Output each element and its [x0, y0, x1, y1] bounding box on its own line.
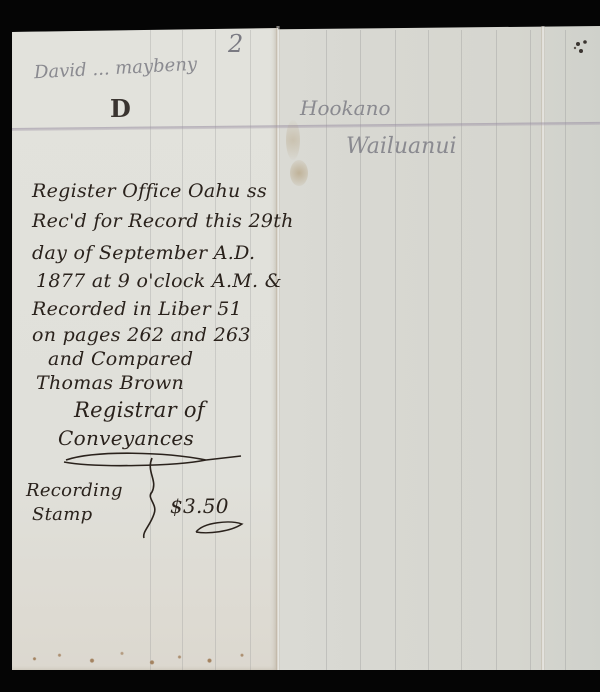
endorsement-line: Recorded in Liber 51 [32, 298, 242, 320]
signature-registrar: Thomas Brown [36, 372, 184, 394]
endorsement-line: on pages 262 and 263 [32, 324, 251, 346]
ruled-line [530, 30, 531, 670]
page-number: 2 [228, 30, 243, 58]
endorsement-line: day of September A.D. [32, 242, 255, 264]
fee-label-line1: Recording [26, 480, 123, 501]
water-stain [290, 160, 308, 186]
endorsement-line: and Compared [48, 348, 193, 370]
water-stain [286, 120, 300, 160]
brace-flourish [138, 454, 168, 544]
foxing-spots [22, 648, 272, 666]
ruled-line [496, 30, 497, 670]
registrar-title: Registrar of [74, 398, 205, 422]
party-name-1: Hookano [300, 96, 391, 120]
fee-label-line2: Stamp [32, 504, 92, 525]
fold-crease [276, 26, 280, 670]
endorsement-line: Rec'd for Record this 29th [32, 210, 294, 232]
endorsement-line: Register Office Oahu ss [32, 180, 267, 202]
party-name-2: Wailuanui [346, 134, 457, 159]
registrar-office: Conveyances [58, 426, 194, 450]
ruled-line [565, 30, 566, 670]
docket-letter: D [110, 94, 131, 123]
endorsement-line: 1877 at 9 o'clock A.M. & [36, 270, 282, 292]
ink-spot [572, 36, 596, 60]
fee-amount: $3.50 [170, 494, 229, 518]
amount-flourish [190, 518, 250, 538]
